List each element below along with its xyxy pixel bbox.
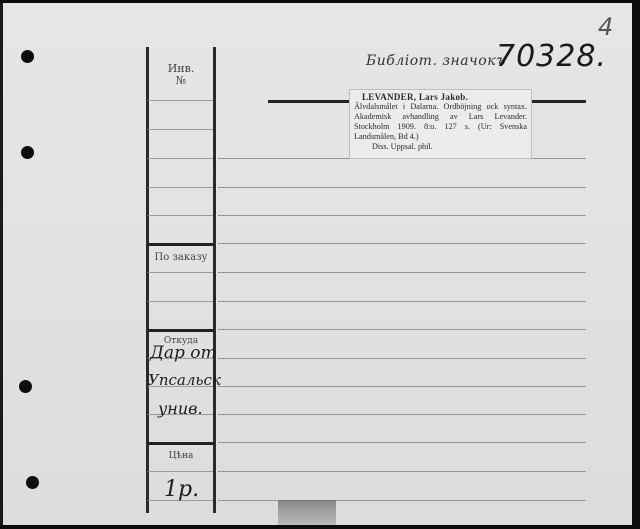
catalog-card: Инв. № По заказу Откуда Цѣна Дар от Упса… <box>0 3 632 525</box>
clipping-body: Älvdalsmålet i Dalarna. Ordböjning ock s… <box>354 102 527 142</box>
left-section-rule <box>148 329 213 332</box>
ruled-line <box>218 301 586 302</box>
left-section-rule <box>148 442 213 445</box>
corner-mark: 4 <box>598 13 613 41</box>
punch-hole-1 <box>21 50 34 63</box>
source-handwritten-line-2: Упсальск <box>148 371 221 389</box>
price-handwritten: 1р. <box>164 477 199 502</box>
ruled-line <box>218 215 586 216</box>
ruled-line <box>218 272 586 273</box>
price-label: Цѣна <box>148 451 214 461</box>
ruled-line <box>218 471 586 472</box>
left-section-rule <box>148 243 213 246</box>
source-handwritten-line-3: унив. <box>158 399 203 418</box>
pasted-clipping: LEVANDER, Lars Jakob. Älvdalsmålet i Dal… <box>349 89 532 159</box>
punch-hole-3 <box>19 380 32 393</box>
clipping-author: LEVANDER, Lars Jakob. <box>362 92 527 102</box>
left-rule <box>148 272 213 273</box>
left-rule <box>148 187 213 188</box>
order-label: По заказу <box>148 252 214 263</box>
number-sign-label: № <box>148 74 214 87</box>
ruled-line <box>218 329 586 330</box>
ruled-line <box>218 386 586 387</box>
ruled-line <box>218 358 586 359</box>
clipping-note: Diss. Uppsal. phil. <box>372 142 527 152</box>
punch-hole-4 <box>26 476 39 489</box>
left-rule <box>148 471 213 472</box>
left-rule <box>148 301 213 302</box>
left-rule <box>148 158 213 159</box>
biblio-number: 70328. <box>496 39 607 74</box>
stain <box>278 500 336 525</box>
ruled-line <box>218 442 586 443</box>
ruled-line <box>218 187 586 188</box>
ruled-line <box>218 243 586 244</box>
left-rule <box>148 215 213 216</box>
source-handwritten-line-1: Дар от <box>150 343 217 363</box>
ruled-line <box>218 500 586 501</box>
right-column-border <box>213 47 216 513</box>
punch-hole-2 <box>21 146 34 159</box>
left-rule <box>148 100 213 101</box>
biblio-label: Библіот. значокъ <box>366 53 506 69</box>
left-rule <box>148 129 213 130</box>
ruled-line <box>218 414 586 415</box>
card-left-edge <box>0 3 3 525</box>
